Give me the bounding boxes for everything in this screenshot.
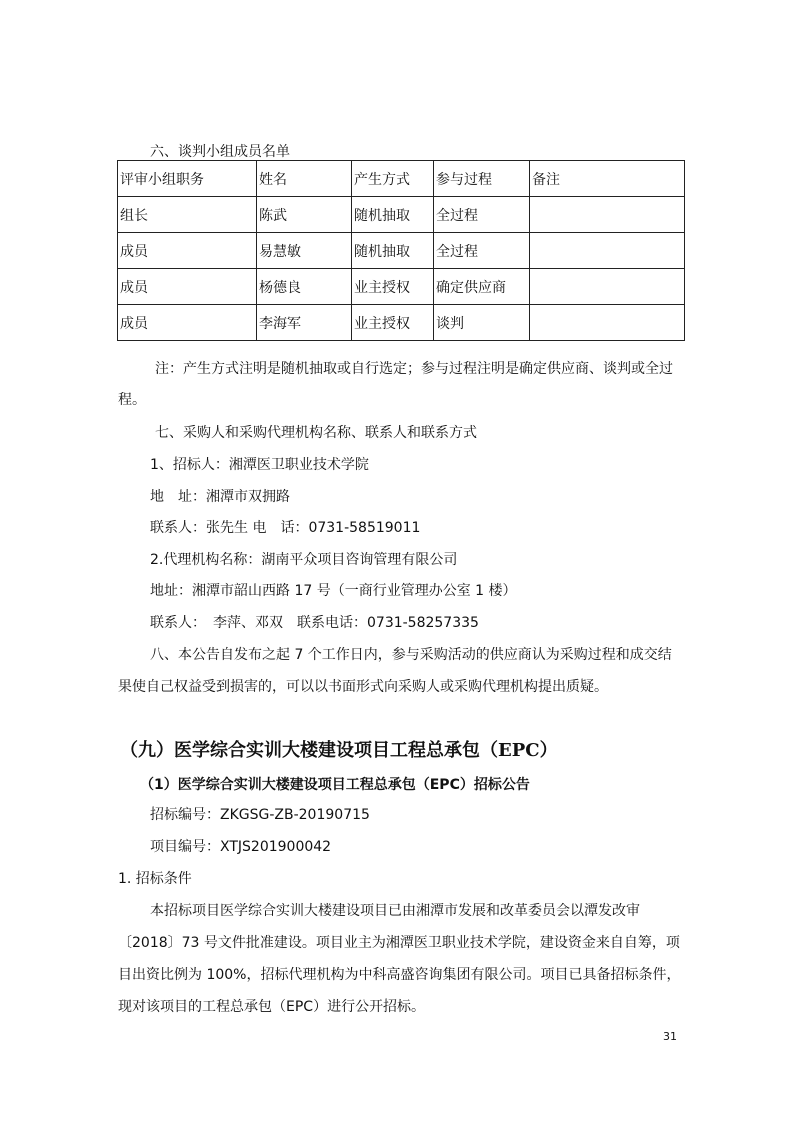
table-cell: 全过程 <box>434 197 530 233</box>
section-title-negotiation-group: 六、谈判小组成员名单 <box>150 143 290 161</box>
table-cell: 确定供应商 <box>434 269 530 305</box>
paragraph-line: 目出资比例为 100%，招标代理机构为中科高盛咨询集团有限公司。项目已具备招标条… <box>118 966 680 984</box>
agency-address: 地址：湘潭市韶山西路 17 号（一商行业管理办公室 1 楼） <box>150 582 517 600</box>
table-cell: 成员 <box>118 269 257 305</box>
note-line-2: 程。 <box>118 391 146 409</box>
header-cell: 备注 <box>530 161 685 197</box>
table-row: 成员 杨德良 业主授权 确定供应商 <box>118 269 685 305</box>
buyer-address: 地 址：湘潭市双拥路 <box>150 488 290 506</box>
negotiation-members-table: 评审小组职务 姓名 产生方式 参与过程 备注 组长 陈武 随机抽取 全过程 成员… <box>117 160 685 341</box>
paragraph-line: 〔2018〕73 号文件批准建设。项目业主为湘潭医卫职业技术学院，建设资金来自自… <box>118 934 680 952</box>
table-row: 组长 陈武 随机抽取 全过程 <box>118 197 685 233</box>
table-cell: 随机抽取 <box>352 233 434 269</box>
section8-line-1: 八、本公告自发布之起 7 个工作日内，参与采购活动的供应商认为采购过程和成交结 <box>150 646 672 664</box>
page-number: 31 <box>663 1030 677 1043</box>
table-cell <box>530 197 685 233</box>
table-cell: 业主授权 <box>352 269 434 305</box>
table-cell: 谈判 <box>434 305 530 341</box>
section9-heading: （九）医学综合实训大楼建设项目工程总承包（EPC） <box>120 736 558 762</box>
table-cell: 李海军 <box>257 305 352 341</box>
agency-name: 2.代理机构名称：湖南平众项目咨询管理有限公司 <box>150 551 457 569</box>
paragraph-line: 现对该项目的工程总承包（EPC）进行公开招标。 <box>118 998 425 1016</box>
note-line-1: 注：产生方式注明是随机抽取或自行选定；参与过程注明是确定供应商、谈判或全过 <box>155 360 673 378</box>
table-cell: 易慧敏 <box>257 233 352 269</box>
tender-number: 招标编号：ZKGSG-ZB-20190715 <box>150 806 370 824</box>
section8-line-2: 果使自己权益受到损害的，可以以书面形式向采购人或采购代理机构提出质疑。 <box>118 678 608 696</box>
buyer-name: 1、招标人：湘潭医卫职业技术学院 <box>150 456 369 474</box>
agency-contact: 联系人： 李萍、邓双 联系电话：0731-58257335 <box>150 614 479 632</box>
table-cell <box>530 269 685 305</box>
buyer-contact: 联系人：张先生 电 话：0731-58519011 <box>150 519 420 537</box>
table-cell: 全过程 <box>434 233 530 269</box>
section9-subheading: （1）医学综合实训大楼建设项目工程总承包（EPC）招标公告 <box>140 774 530 794</box>
table-header-row: 评审小组职务 姓名 产生方式 参与过程 备注 <box>118 161 685 197</box>
table-cell: 随机抽取 <box>352 197 434 233</box>
header-cell: 产生方式 <box>352 161 434 197</box>
section-title-contacts: 七、采购人和采购代理机构名称、联系人和联系方式 <box>155 424 477 442</box>
table-cell: 成员 <box>118 305 257 341</box>
tender-conditions-title: 1. 招标条件 <box>118 870 192 888</box>
header-cell: 参与过程 <box>434 161 530 197</box>
table-row: 成员 易慧敏 随机抽取 全过程 <box>118 233 685 269</box>
table-row: 成员 李海军 业主授权 谈判 <box>118 305 685 341</box>
table-cell <box>530 305 685 341</box>
table-cell: 陈武 <box>257 197 352 233</box>
header-cell: 评审小组职务 <box>118 161 257 197</box>
table-cell <box>530 233 685 269</box>
project-number: 项目编号：XTJS201900042 <box>150 838 331 856</box>
table-cell: 业主授权 <box>352 305 434 341</box>
paragraph-line: 本招标项目医学综合实训大楼建设项目已由湘潭市发展和改革委员会以潭发改审 <box>150 902 640 920</box>
table-cell: 杨德良 <box>257 269 352 305</box>
table-cell: 组长 <box>118 197 257 233</box>
header-cell: 姓名 <box>257 161 352 197</box>
table-cell: 成员 <box>118 233 257 269</box>
